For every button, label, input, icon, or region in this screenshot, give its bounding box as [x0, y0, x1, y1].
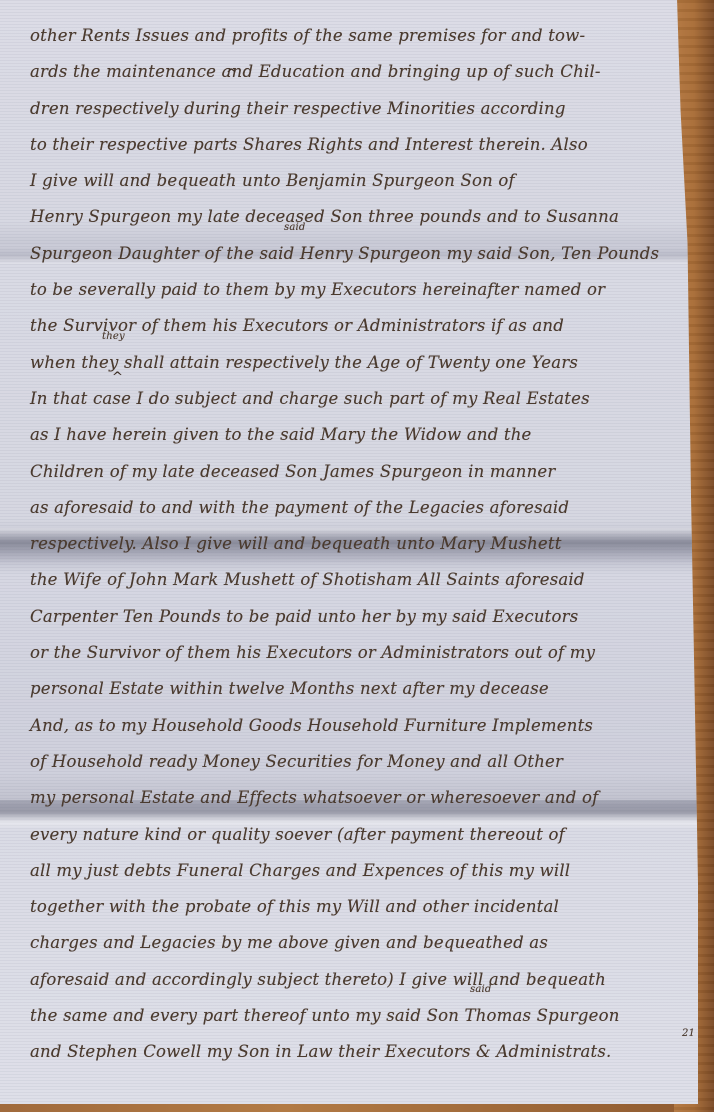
text-line: other Rents Issues and profits of the sa…: [30, 18, 690, 54]
text-line: or the Survivor of them his Executors or…: [30, 635, 690, 671]
text-line: And, as to my Household Goods Household …: [30, 708, 690, 744]
interlined-word: said: [470, 984, 492, 996]
text-line: the Survivor of them his Executors or Ad…: [30, 308, 690, 344]
text-line: together with the probate of this my Wil…: [30, 889, 690, 925]
text-line: Children of my late deceased Son James S…: [30, 454, 690, 490]
text-line: every nature kind or quality soever (aft…: [30, 817, 690, 853]
handwritten-text-body: other Rents Issues and profits of the sa…: [30, 18, 690, 1071]
text-line: my personal Estate and Effects whatsoeve…: [30, 780, 690, 816]
text-line: as aforesaid to and with the payment of …: [30, 490, 690, 526]
text-line: Henry Spurgeon my late deceased Son thre…: [30, 199, 690, 235]
text-line: respectively. Also I give will and beque…: [30, 526, 690, 562]
insertion-caret: ^: [226, 68, 237, 81]
text-line: Carpenter Ten Pounds to be paid unto her…: [30, 599, 690, 635]
text-line: 21and Stephen Cowell my Son in Law their…: [30, 1034, 690, 1070]
interlined-word: they: [102, 331, 125, 343]
text-line: of Household ready Money Securities for …: [30, 744, 690, 780]
text-line: saidSpurgeon Daughter of the said Henry …: [30, 236, 690, 272]
text-line: all my just debts Funeral Charges and Ex…: [30, 853, 690, 889]
text-line: they^when they shall attain respectively…: [30, 345, 690, 381]
text-line: dren respectively during their respectiv…: [30, 91, 690, 127]
text-line: to be severally paid to them by my Execu…: [30, 272, 690, 308]
text-line: saidthe same and every part thereof unto…: [30, 998, 690, 1034]
text-line: I give will and bequeath unto Benjamin S…: [30, 163, 690, 199]
text-line: the Wife of John Mark Mushett of Shotish…: [30, 562, 690, 598]
interlined-word: said: [284, 222, 306, 234]
text-line: personal Estate within twelve Months nex…: [30, 671, 690, 707]
text-line: In that case I do subject and charge suc…: [30, 381, 690, 417]
page-number: 21: [682, 1028, 695, 1040]
text-line: aforesaid and accordingly subject theret…: [30, 962, 690, 998]
manuscript-page: other Rents Issues and profits of the sa…: [0, 0, 698, 1104]
text-line: to their respective parts Shares Rights …: [30, 127, 690, 163]
text-line: ^ards the maintenance and Education and …: [30, 54, 690, 90]
text-line: charges and Legacies by me above given a…: [30, 925, 690, 961]
text-line: as I have herein given to the said Mary …: [30, 417, 690, 453]
